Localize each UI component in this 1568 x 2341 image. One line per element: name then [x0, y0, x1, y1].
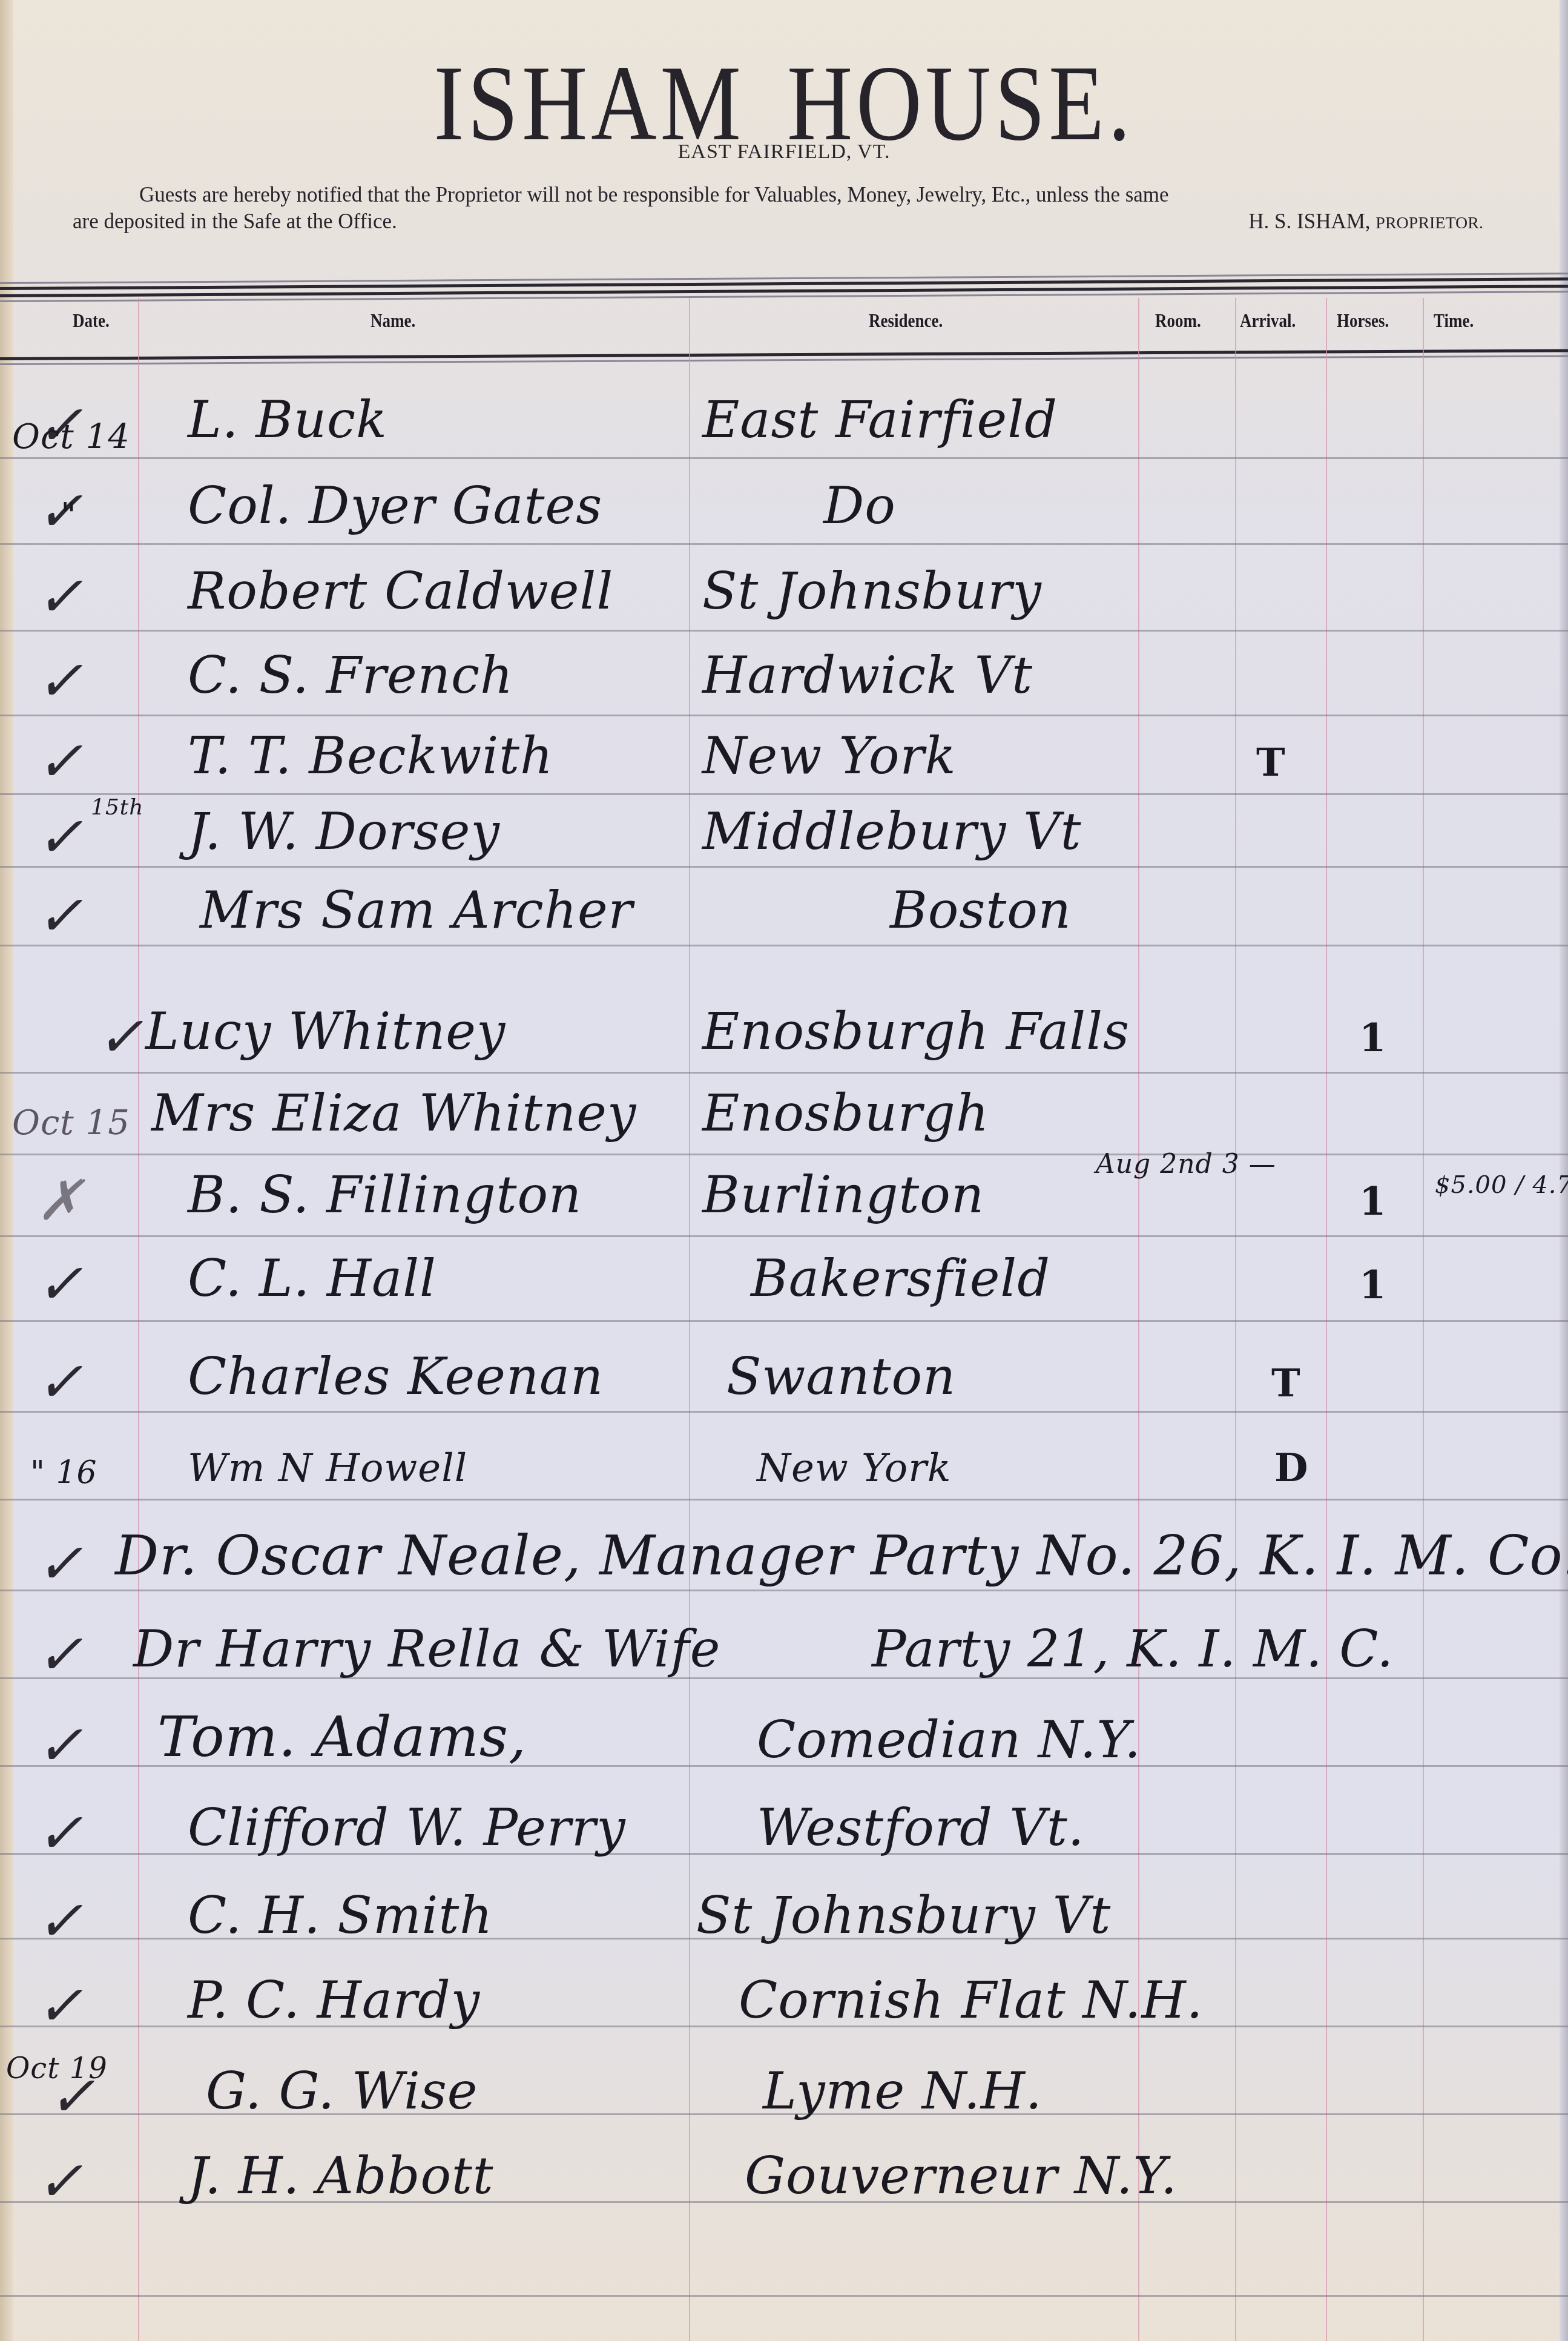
entry-date: Oct 19 [6, 2052, 108, 2085]
guest-name: Mrs Eliza Whitney [151, 1083, 636, 1143]
arrival-mark: D [1274, 1445, 1309, 1491]
guest-residence: New York [757, 1446, 952, 1491]
horses-mark: 1 [1359, 1263, 1387, 1308]
guest-residence: Do [823, 476, 896, 535]
register-row: ✓ C. H. Smith St Johnsbury Vt [0, 1865, 1568, 1956]
guest-name: C. S. French [188, 646, 513, 705]
register-row: " 16 Wm N Howell New York D [0, 1411, 1568, 1502]
entry-date: " [61, 496, 77, 535]
guest-name: C. H. Smith [188, 1886, 493, 1945]
register-row: ✓ Oct 14 L. Buck East Fairfield [0, 369, 1568, 460]
check-mark-icon: ✓ [36, 564, 84, 629]
guest-residence: St Johnsbury [702, 561, 1042, 621]
guest-name: Charles Keenan [188, 1347, 604, 1406]
entry-date: 15th [91, 795, 143, 820]
check-mark-icon: ✓ [97, 1005, 144, 1069]
register-row: ✓ 15th J. W. Dorsey Middlebury Vt [0, 781, 1568, 872]
guest-residence: St Johnsbury Vt [696, 1886, 1111, 1945]
guest-name: J. W. Dorsey [188, 802, 500, 861]
guest-name: Dr. Oscar Neale, Manager Party No. 26, K… [115, 1524, 1568, 1588]
guest-name: Wm N Howell [188, 1446, 467, 1491]
guest-name: Clifford W. Perry [188, 1798, 626, 1857]
guest-residence: Westford Vt. [757, 1798, 1084, 1857]
guest-residence: New York [702, 726, 957, 785]
check-mark-icon: ✓ [36, 1889, 84, 1953]
guest-name: Col. Dyer Gates [188, 476, 602, 535]
register-row: ✓ " Col. Dyer Gates Do [0, 455, 1568, 546]
register-row: ✗ B. S. Fillington Burlington Aug 2nd 3 … [0, 1144, 1568, 1235]
guest-name: Robert Caldwell [188, 561, 613, 621]
guest-name: G. G. Wise [206, 2061, 478, 2121]
guest-name: J. H. Abbott [188, 2146, 494, 2205]
guest-name: L. Buck [188, 390, 387, 449]
guest-entries: ✓ Oct 14 L. Buck East Fairfield ✓ " Col.… [0, 0, 1568, 2341]
register-row: ✓ Robert Caldwell St Johnsbury [0, 541, 1568, 632]
horses-mark: 1 [1359, 1179, 1387, 1224]
entry-date: Oct 15 [12, 1103, 130, 1143]
check-mark-icon: ✓ [36, 1350, 84, 1415]
guest-residence: Enosburgh Falls [702, 1002, 1130, 1061]
stay-note: Aug 2nd 3 — [1096, 1149, 1276, 1180]
guest-name: C. L. Hall [188, 1249, 436, 1308]
check-mark-icon: ✓ [36, 1252, 84, 1316]
guest-residence: Hardwick Vt [702, 646, 1033, 705]
register-row: ✓ Charles Keenan Swanton T [0, 1326, 1568, 1417]
check-mark-icon: ✓ [36, 1531, 84, 1596]
guest-residence: Comedian N.Y. [757, 1710, 1141, 1769]
guest-name: Tom. Adams, [157, 1705, 527, 1769]
register-row: ✓ Clifford W. Perry Westford Vt. [0, 1777, 1568, 1868]
check-mark-icon: ✓ [36, 2149, 84, 2214]
cross-mark-icon: ✗ [36, 1168, 84, 1233]
guest-name: Mrs Sam Archer [200, 880, 633, 940]
register-row: ✓ C. S. French Hardwick Vt [0, 625, 1568, 716]
check-mark-icon: ✓ [36, 649, 84, 713]
register-row: ✓ J. H. Abbott Gouverneur N.Y. [0, 2125, 1568, 2216]
check-mark-icon: ✓ [36, 1973, 84, 2038]
check-mark-icon: ✓ [36, 1713, 84, 1778]
register-row: ✓ Dr Harry Rella & Wife Party 21, K. I. … [0, 1599, 1568, 1689]
arrival-mark: T [1271, 1361, 1301, 1406]
check-mark-icon: ✓ [36, 883, 84, 948]
horses-mark: 1 [1359, 1015, 1387, 1061]
guest-residence: Cornish Flat N.H. [739, 1970, 1203, 2030]
guest-residence: Middlebury Vt [702, 802, 1082, 861]
charge-amount: $5.00 / 4.75 [1435, 1171, 1568, 1199]
arrival-mark: T [1256, 740, 1286, 785]
entry-date: " 16 [30, 1454, 97, 1491]
guest-residence: Burlington [702, 1165, 984, 1224]
register-row: Oct 15 Mrs Eliza Whitney Enosburgh [0, 1063, 1568, 1154]
register-row: ✓ Mrs Sam Archer Boston [0, 860, 1568, 951]
register-row: ✓ Tom. Adams, Comedian N.Y. [0, 1689, 1568, 1780]
register-row: ✓ Dr. Oscar Neale, Manager Party No. 26,… [0, 1508, 1568, 1599]
guest-residence: East Fairfield [702, 390, 1058, 449]
guest-residence: Lyme N.H. [763, 2061, 1043, 2121]
guest-residence: Swanton [726, 1347, 956, 1406]
register-row: ✓ P. C. Hardy Cornish Flat N.H. [0, 1950, 1568, 2041]
guest-residence: Enosburgh [702, 1083, 989, 1143]
register-row: ✓ C. L. Hall Bakersfield 1 [0, 1228, 1568, 1319]
guest-residence: Gouverneur N.Y. [745, 2146, 1178, 2205]
register-row: ✓ Oct 19 G. G. Wise Lyme N.H. [0, 2041, 1568, 2131]
check-mark-icon: ✓ [36, 1622, 84, 1687]
register-row: ✓ Lucy Whitney Enosburgh Falls 1 [0, 981, 1568, 1072]
guest-name: Dr Harry Rella & Wife [133, 1619, 720, 1679]
guest-residence: Bakersfield [751, 1249, 1050, 1308]
guest-name: T. T. Beckwith [188, 726, 553, 785]
check-mark-icon: ✓ [36, 1801, 84, 1866]
guest-name: B. S. Fillington [188, 1165, 582, 1224]
guest-name: P. C. Hardy [188, 1970, 480, 2030]
guest-name: Lucy Whitney [145, 1002, 506, 1061]
entry-date: Oct 14 [12, 417, 130, 457]
guest-residence: Party 21, K. I. M. C. [872, 1619, 1394, 1679]
guest-residence: Boston [890, 880, 1072, 940]
